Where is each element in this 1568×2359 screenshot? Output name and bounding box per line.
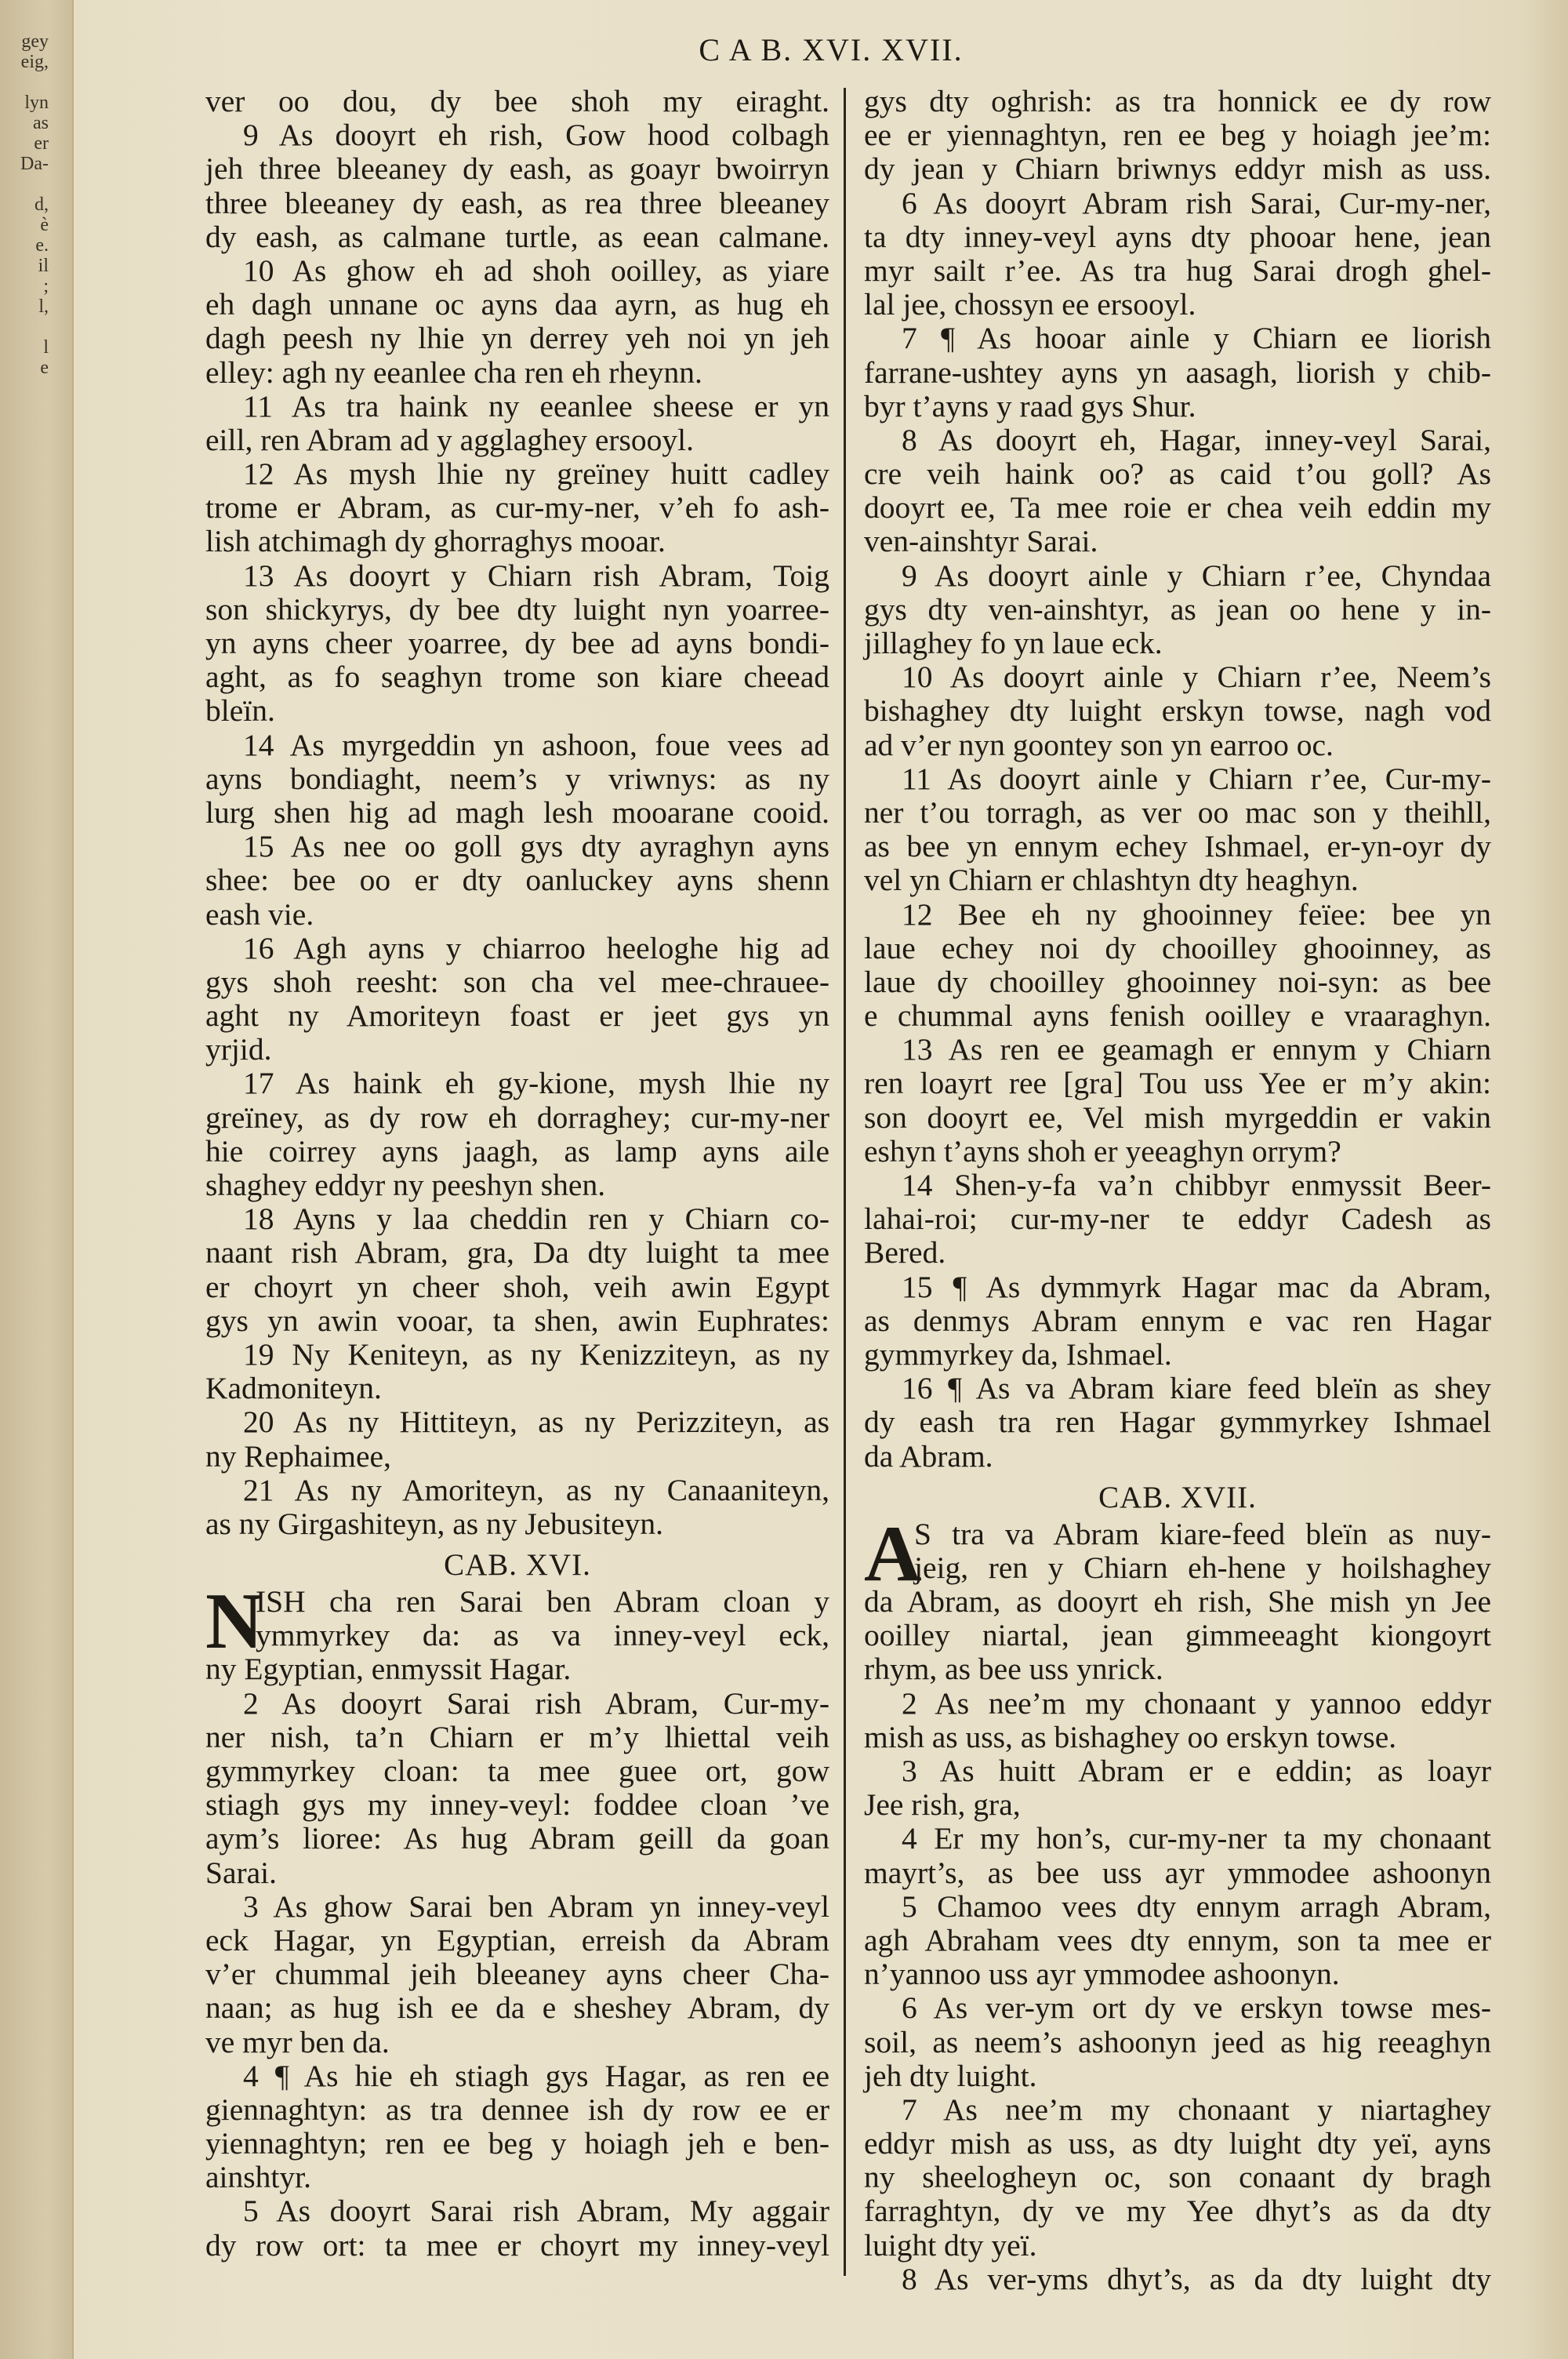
text-line: yn ayns cheer yoarree, dy bee ad ayns bo…: [205, 627, 829, 660]
facing-page-fragment: e.: [2, 235, 49, 256]
text-line: 10 As ghow eh ad shoh ooilley, as yiare: [205, 254, 829, 288]
text-line: 12 As mysh lhie ny greïney huitt cadley: [205, 457, 829, 491]
text-line: 16 ¶ As va Abram kiare feed bleïn as she…: [864, 1372, 1491, 1405]
text-line: 9 As dooyrt ainle y Chiarn r’ee, Chyndaa: [864, 559, 1491, 593]
text-line: 13 As dooyrt y Chiarn rish Abram, Toig: [205, 559, 829, 593]
text-line: naant rish Abram, gra, Da dty luight ta …: [205, 1236, 829, 1270]
text-line: laue echey noi dy chooilley ghooinney, a…: [864, 932, 1491, 965]
text-line: v’er chummal jeih bleeaney ayns cheer Ch…: [205, 1957, 829, 1991]
text-line: ymmyrkey da: as va inney-veyl eck,: [205, 1619, 829, 1652]
text-line: ny sheelogheyn oc, son conaant dy bragh: [864, 2161, 1491, 2194]
text-line: dooyrt ee, Ta mee roie er chea veih eddi…: [864, 491, 1491, 525]
text-line: ren loayrt ree [gra] Tou uss Yee er m’y …: [864, 1067, 1491, 1100]
text-line: 2 As dooyrt Sarai rish Abram, Cur-my-: [205, 1687, 829, 1721]
text-line: rhym, as bee uss ynrick.: [864, 1652, 1491, 1686]
text-line: 4 ¶ As hie eh stiagh gys Hagar, as ren e…: [205, 2059, 829, 2093]
text-line: dy eash, as calmane turtle, as eean calm…: [205, 220, 829, 254]
text-line: 17 As haink eh gy-kione, mysh lhie ny: [205, 1067, 829, 1100]
chapter-heading: CAB. XVI.: [205, 1546, 829, 1585]
text-line: elley: agh ny eeanlee cha ren eh rheynn.: [205, 356, 829, 390]
text-line: son shickyrys, dy bee dty luight nyn yoa…: [205, 593, 829, 627]
text-line: 6 As ver-ym ort dy ve erskyn towse mes-: [864, 1991, 1491, 2025]
text-line: ner nish, ta’n Chiarn er m’y lhiettal ve…: [205, 1721, 829, 1754]
text-line: da Abram, as dooyrt eh rish, She mish yn…: [864, 1585, 1491, 1619]
facing-page-edge: geyeig,lynaserDa-d,èe.il;l,le: [0, 0, 74, 2359]
text-line: mayrt’s, as bee uss ayr ymmodee ashoonyn: [864, 1856, 1491, 1890]
running-head: C A B. XVI. XVII.: [0, 31, 1568, 68]
text-line: trome er Abram, as cur-my-ner, v’eh fo a…: [205, 491, 829, 525]
text-line: 2 As nee’m my chonaant y yannoo eddyr: [864, 1687, 1491, 1721]
right-column: gys dty oghrish: as tra honnick ee dy ro…: [864, 85, 1491, 2296]
text-line: 15 As nee oo goll gys dty ayraghyn ayns: [205, 830, 829, 863]
text-line: stiagh gys my inney-veyl: foddee cloan ’…: [205, 1788, 829, 1822]
text-line: 12 Bee eh ny ghooinney feïee: bee yn: [864, 898, 1491, 932]
chapter-opening: AS tra va Abram kiare-feed bleïn as nuy-…: [864, 1518, 1491, 1585]
text-line: ISH cha ren Sarai ben Abram cloan y: [205, 1585, 829, 1619]
text-line: mish as uss, as bishaghey oo erskyn tows…: [864, 1721, 1491, 1754]
text-line: ny Egyptian, enmyssit Hagar.: [205, 1652, 829, 1686]
drop-cap-initial: N: [205, 1588, 263, 1656]
facing-page-fragment: [2, 317, 49, 337]
text-line: gys dty oghrish: as tra honnick ee dy ro…: [864, 85, 1491, 118]
text-line: agh Abraham vees dty ennym, son ta mee e…: [864, 1924, 1491, 1957]
facing-page-fragment: d,: [2, 194, 49, 215]
text-line: farraghtyn, dy ve my Yee dhyt’s as da dt…: [864, 2194, 1491, 2228]
text-line: Bered.: [864, 1236, 1491, 1270]
facing-page-fragment: er: [2, 133, 49, 154]
left-column: ver oo dou, dy bee shoh my eiraght.9 As …: [205, 85, 829, 2263]
text-line: 18 Ayns y laa cheddin ren y Chiarn co-: [205, 1202, 829, 1236]
text-line: aght ny Amoriteyn foast er jeet gys yn: [205, 999, 829, 1033]
text-line: shaghey eddyr ny peeshyn shen.: [205, 1169, 829, 1202]
text-line: lahai-roi; cur-my-ner te eddyr Cadesh as: [864, 1202, 1491, 1236]
facing-page-fragment: l: [2, 337, 49, 358]
text-line: ve myr ben da.: [205, 2026, 829, 2059]
text-line: luight dty yeï.: [864, 2229, 1491, 2263]
facing-page-fragment: as: [2, 113, 49, 133]
text-line: lurg shen hig ad magh lesh mooarane cooi…: [205, 796, 829, 830]
text-line: hie coirrey ayns jaagh, as lamp ayns ail…: [205, 1135, 829, 1169]
text-line: 6 As dooyrt Abram rish Sarai, Cur-my-ner…: [864, 187, 1491, 220]
facing-page-fragment: e: [2, 358, 49, 378]
text-line: eh dagh unnane oc ayns daa ayrn, as hug …: [205, 288, 829, 322]
text-line: 20 As ny Hittiteyn, as ny Perizziteyn, a…: [205, 1405, 829, 1439]
text-line: dy jean y Chiarn briwnys eddyr mish as u…: [864, 152, 1491, 186]
text-line: ainshtyr.: [205, 2161, 829, 2194]
text-line: gys yn awin vooar, ta shen, awin Euphrat…: [205, 1304, 829, 1338]
text-line: 14 Shen-y-fa va’n chibbyr enmyssit Beer-: [864, 1169, 1491, 1202]
text-line: Kadmoniteyn.: [205, 1372, 829, 1405]
text-line: bleïn.: [205, 694, 829, 728]
text-line: gymmyrkey cloan: ta mee guee ort, gow: [205, 1754, 829, 1788]
text-line: yiennaghtyn; ren ee beg y hoiagh jeh e b…: [205, 2127, 829, 2161]
text-line: ayns bondiaght, neem’s y vriwnys: as ny: [205, 762, 829, 796]
facing-page-fragment: il: [2, 256, 49, 276]
text-line: cre veih haink oo? as caid t’ou goll? As: [864, 457, 1491, 491]
text-line: son dooyrt ee, Vel mish myrgeddin er vak…: [864, 1101, 1491, 1135]
text-line: bishaghey dty luight erskyn towse, nagh …: [864, 694, 1491, 728]
text-line: lish atchimagh dy ghorraghys mooar.: [205, 525, 829, 558]
text-line: gymmyrkey da, Ishmael.: [864, 1338, 1491, 1372]
text-line: ta dty inney-veyl ayns dty phooar hene, …: [864, 220, 1491, 254]
text-line: naan; as hug ish ee da e sheshey Abram, …: [205, 1991, 829, 2025]
text-line: yrjid.: [205, 1033, 829, 1067]
text-line: er choyrt yn cheer shoh, veih awin Egypt: [205, 1270, 829, 1304]
text-line: ver oo dou, dy bee shoh my eiraght.: [205, 85, 829, 118]
text-line: 8 As dooyrt eh, Hagar, inney-veyl Sarai,: [864, 423, 1491, 457]
facing-page-fragment: lyn: [2, 93, 49, 113]
text-line: Jee rish, gra,: [864, 1788, 1491, 1822]
running-head-text: C A B. XVI. XVII.: [699, 32, 963, 67]
facing-page-fragment: ;: [2, 276, 49, 296]
text-line: soil, as neem’s ashoonyn jeed as hig ree…: [864, 2026, 1491, 2059]
text-line: 21 As ny Amoriteyn, as ny Canaaniteyn,: [205, 1474, 829, 1507]
text-line: giennaghtyn: as tra dennee ish dy row ee…: [205, 2093, 829, 2127]
text-line: gys shoh reesht: son cha vel mee-chrauee…: [205, 965, 829, 999]
facing-page-fragment: [2, 72, 49, 93]
column-divider-rule: [844, 88, 846, 2276]
text-line: jeh three bleeaney dy eash, as goayr bwo…: [205, 152, 829, 186]
text-line: as bee yn ennym echey Ishmael, er-yn-oyr…: [864, 830, 1491, 863]
text-line: jillaghey fo yn laue eck.: [864, 627, 1491, 660]
text-line: 4 Er my hon’s, cur-my-ner ta my chonaant: [864, 1822, 1491, 1856]
text-line: byr t’ayns y raad gys Shur.: [864, 390, 1491, 423]
facing-page-text-fragments: geyeig,lynaserDa-d,èe.il;l,le: [2, 31, 49, 378]
text-line: 19 Ny Keniteyn, as ny Kenizziteyn, as ny: [205, 1338, 829, 1372]
text-line: ner t’ou torragh, as ver oo mac son y th…: [864, 796, 1491, 830]
text-line: laue dy chooilley ghooinney noi-syn: as …: [864, 965, 1491, 999]
text-line: 7 ¶ As hooar ainle y Chiarn ee liorish: [864, 322, 1491, 355]
book-page: geyeig,lynaserDa-d,èe.il;l,le C A B. XVI…: [0, 0, 1568, 2359]
text-line: Sarai.: [205, 1856, 829, 1890]
text-line: lal jee, chossyn ee ersooyl.: [864, 288, 1491, 322]
text-line: aym’s lioree: As hug Abram geill da goan: [205, 1822, 829, 1856]
text-line: jeh dty luight.: [864, 2059, 1491, 2093]
text-line: eash vie.: [205, 898, 829, 932]
text-line: 14 As myrgeddin yn ashoon, foue vees ad: [205, 729, 829, 762]
text-line: ny Rephaimee,: [205, 1440, 829, 1474]
text-line: dy row ort: ta mee er choyrt my inney-ve…: [205, 2229, 829, 2263]
text-line: ven-ainshtyr Sarai.: [864, 525, 1491, 558]
text-line: eill, ren Abram ad y agglaghey ersooyl.: [205, 423, 829, 457]
facing-page-fragment: [2, 174, 49, 194]
text-line: three bleeaney dy eash, as rea three ble…: [205, 187, 829, 220]
text-line: 15 ¶ As dymmyrk Hagar mac da Abram,: [864, 1270, 1491, 1304]
text-line: as denmys Abram ennym e vac ren Hagar: [864, 1304, 1491, 1338]
facing-page-fragment: l,: [2, 296, 49, 317]
text-line: da Abram.: [864, 1440, 1491, 1474]
text-line: 5 As dooyrt Sarai rish Abram, My aggair: [205, 2194, 829, 2228]
facing-page-fragment: Da-: [2, 154, 49, 174]
text-line: shee: bee oo er dty oanluckey ayns shenn: [205, 863, 829, 897]
text-line: 10 As dooyrt ainle y Chiarn r’ee, Neem’s: [864, 660, 1491, 694]
text-line: gys dty ven-ainshtyr, as jean oo hene y …: [864, 593, 1491, 627]
text-line: eck Hagar, yn Egyptian, erreish da Abram: [205, 1924, 829, 1957]
text-line: greïney, as dy row eh dorraghey; cur-my-…: [205, 1101, 829, 1135]
text-line: ooilley niartal, jean gimmeeaght kiongoy…: [864, 1619, 1491, 1652]
text-line: ee er yiennaghtyn, ren ee beg y hoiagh j…: [864, 118, 1491, 152]
text-line: 9 As dooyrt eh rish, Gow hood colbagh: [205, 118, 829, 152]
text-line: n’yannoo uss ayr ymmodee ashoonyn.: [864, 1957, 1491, 1991]
text-line: S tra va Abram kiare-feed bleïn as nuy-: [864, 1518, 1491, 1551]
text-line: 7 As nee’m my chonaant y niartaghey: [864, 2093, 1491, 2127]
text-line: myr sailt r’ee. As tra hug Sarai drogh g…: [864, 254, 1491, 288]
chapter-heading: CAB. XVII.: [864, 1478, 1491, 1518]
chapter-opening: NISH cha ren Sarai ben Abram cloan yymmy…: [205, 1585, 829, 1652]
text-line: dy eash tra ren Hagar gymmyrkey Ishmael: [864, 1405, 1491, 1439]
text-line: eddyr mish as uss, as dty luight dty yeï…: [864, 2127, 1491, 2161]
text-line: aght, as fo seaghyn trome son kiare chee…: [205, 660, 829, 694]
text-line: dagh peesh ny lhie yn derrey yeh noi yn …: [205, 322, 829, 355]
text-line: ad v’er nyn goontey son yn earroo oc.: [864, 729, 1491, 762]
text-line: 3 As ghow Sarai ben Abram yn inney-veyl: [205, 1890, 829, 1924]
text-line: 11 As dooyrt ainle y Chiarn r’ee, Cur-my…: [864, 762, 1491, 796]
text-line: vel yn Chiarn er chlashtyn dty heaghyn.: [864, 863, 1491, 897]
drop-cap-initial: A: [864, 1521, 922, 1588]
text-line: 11 As tra haink ny eeanlee sheese er yn: [205, 390, 829, 423]
text-line: e chummal ayns fenish ooilley e vraaragh…: [864, 999, 1491, 1033]
text-line: farrane-ushtey ayns yn aasagh, liorish y…: [864, 356, 1491, 390]
text-line: jeig, ren y Chiarn eh-hene y hoilshaghey: [864, 1551, 1491, 1585]
facing-page-fragment: è: [2, 215, 49, 235]
text-line: 5 Chamoo vees dty ennym arragh Abram,: [864, 1890, 1491, 1924]
text-line: 3 As huitt Abram er e eddin; as loayr: [864, 1754, 1491, 1788]
text-line: 8 As ver-yms dhyt’s, as da dty luight dt…: [864, 2263, 1491, 2296]
text-line: as ny Girgashiteyn, as ny Jebusiteyn.: [205, 1507, 829, 1541]
text-line: eshyn t’ayns shoh er yeeaghyn orrym?: [864, 1135, 1491, 1169]
text-line: 16 Agh ayns y chiarroo heeloghe hig ad: [205, 932, 829, 965]
text-line: 13 As ren ee geamagh er ennym y Chiarn: [864, 1033, 1491, 1067]
